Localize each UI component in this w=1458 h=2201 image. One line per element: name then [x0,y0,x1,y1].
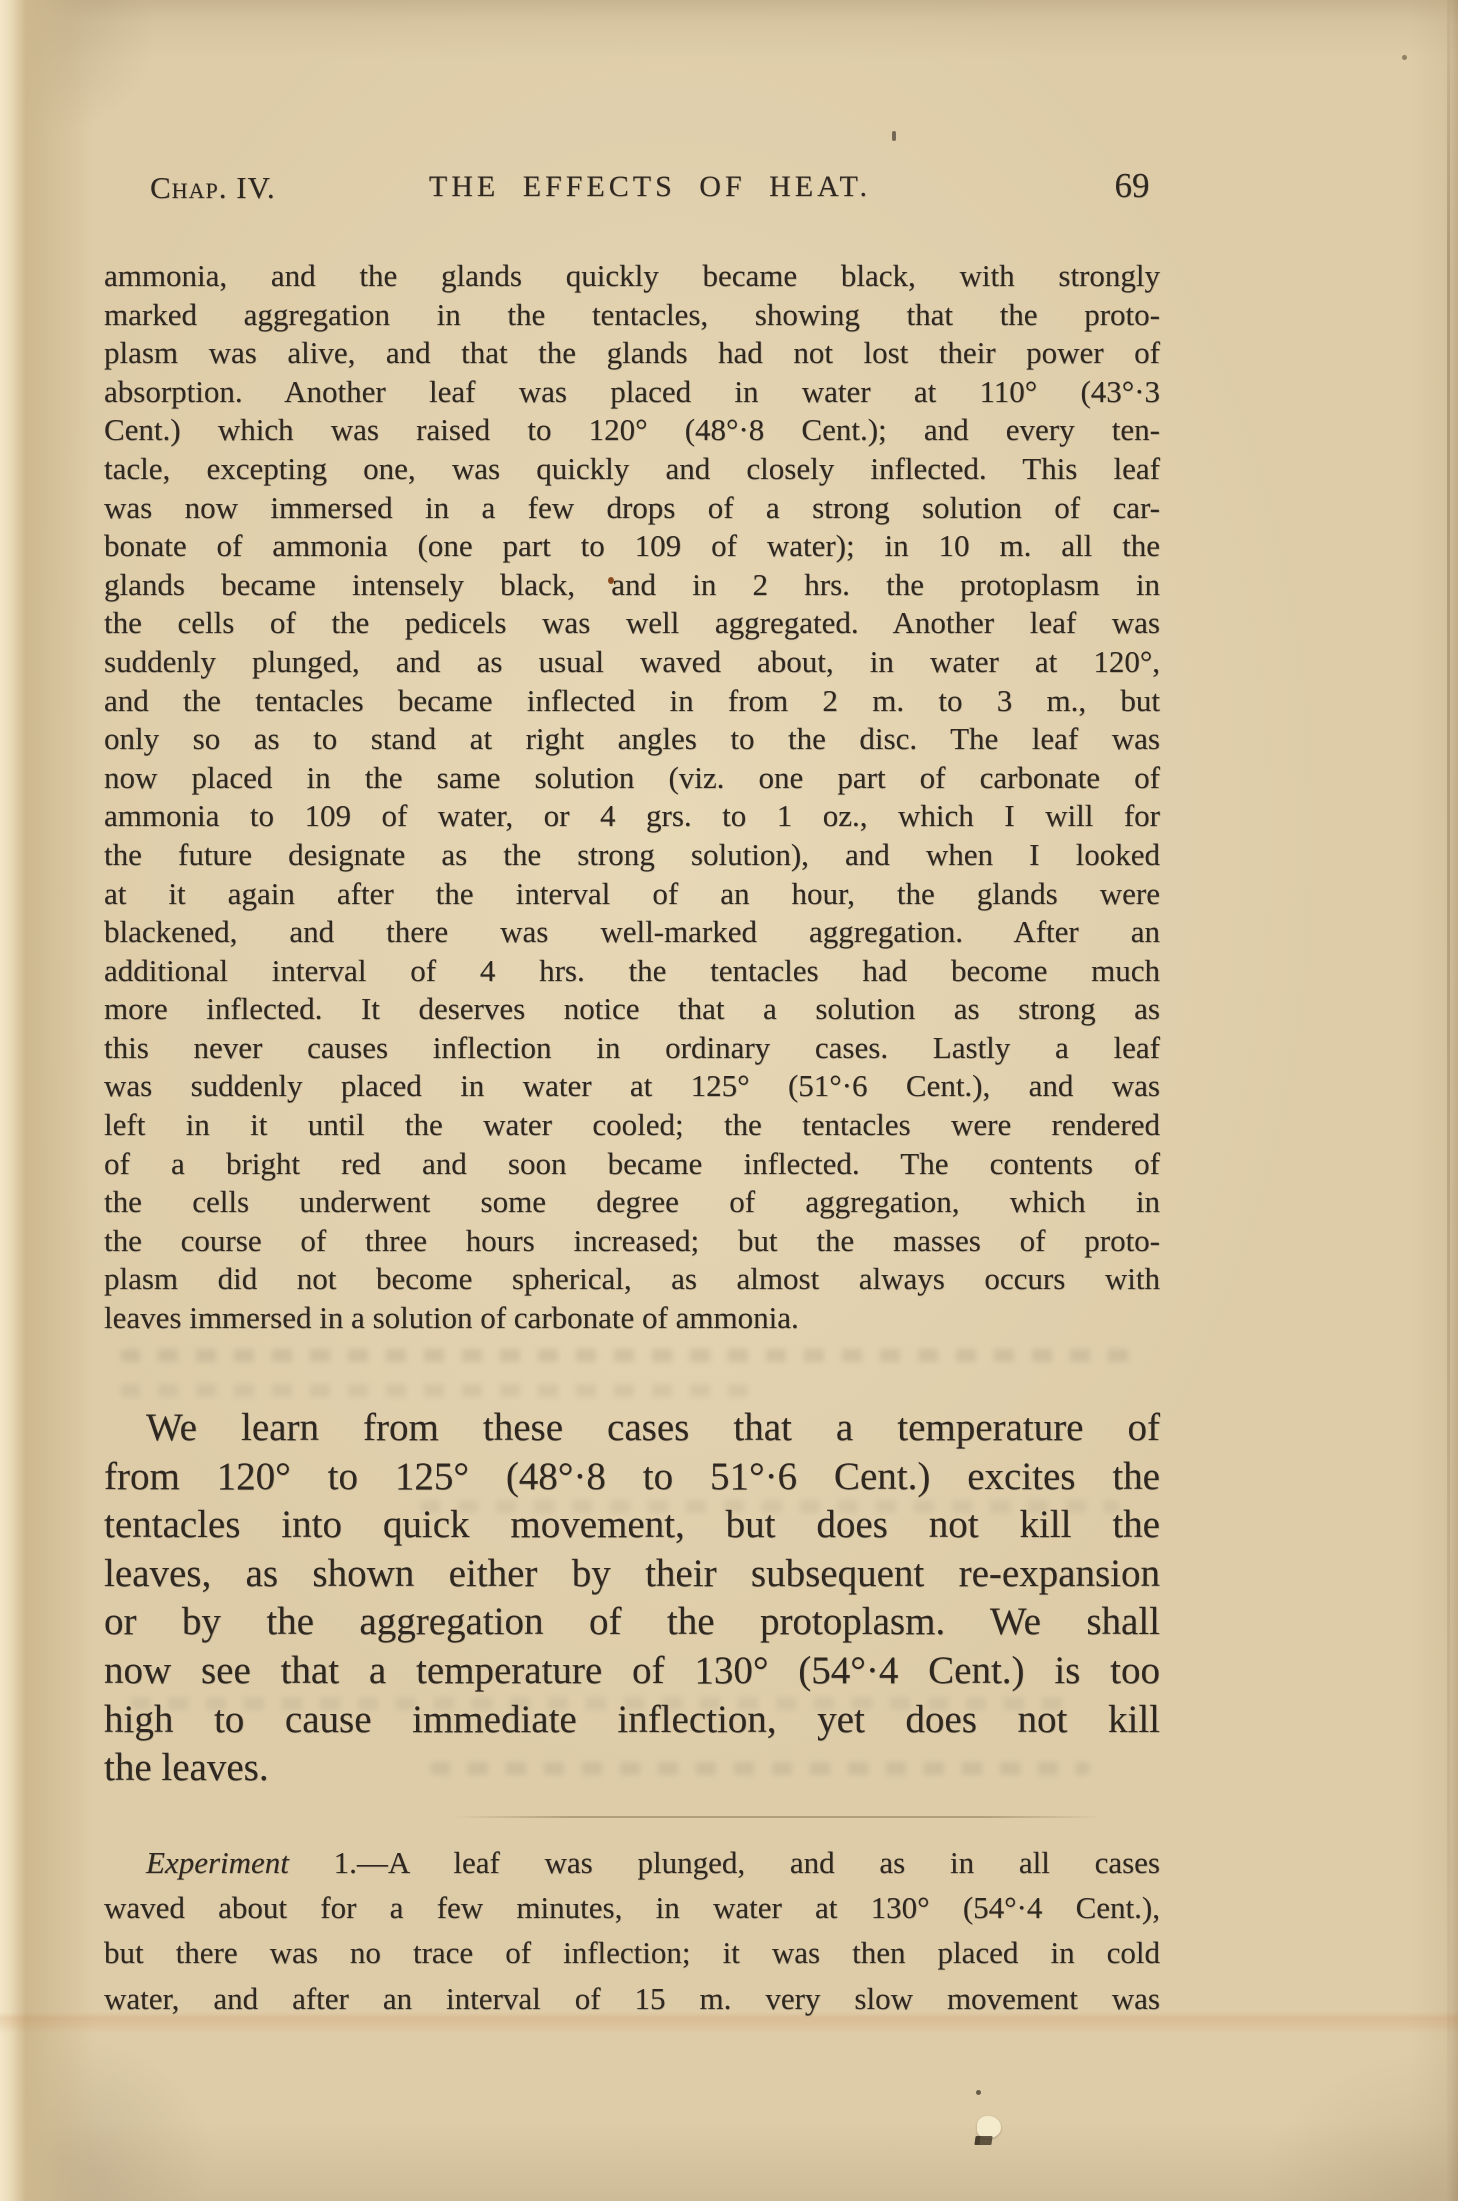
ink-speck [1402,55,1407,60]
text-line: leaves immersed in a solution of carbona… [104,1299,1160,1338]
text-line: Cent.) which was raised to 120° (48°·8 C… [104,411,1160,450]
text-line: now placed in the same solution (viz. on… [104,759,1160,798]
text-line: the future designate as the strong solut… [104,836,1160,875]
text-line: tentacles into quick movement, but does … [104,1501,1160,1550]
text-line: waved about for a few minutes, in water … [104,1885,1160,1930]
text-line: but there was no trace of inflection; it… [104,1930,1160,1975]
paper-chip-mark [974,2136,992,2145]
paragraph-experiment-1: Experiment 1.—A leaf was plunged, and as… [104,1840,1160,2021]
text-line: plasm was alive, and that the glands had… [104,334,1160,373]
text-line: additional interval of 4 hrs. the tentac… [104,952,1160,991]
page-number: 69 [1100,166,1164,206]
scanned-book-page: Chap. IV. THE EFFECTS OF HEAT. 69 ammoni… [0,0,1458,2201]
text-line: at it again after the interval of an hou… [104,875,1160,914]
text-line: plasm did not become spherical, as almos… [104,1260,1160,1299]
text-line: and the tentacles became inflected in fr… [104,682,1160,721]
text-line: ammonia to 109 of water, or 4 grs. to 1 … [104,797,1160,836]
text-line: left in it until the water cooled; the t… [104,1106,1160,1145]
text-line: now see that a temperature of 130° (54°·… [104,1647,1160,1696]
paragraph-main-text: We learn from these cases that a tempera… [104,1404,1160,1793]
text-line: the cells underwent some degree of aggre… [104,1183,1160,1222]
text-line: more inflected. It deserves notice that … [104,990,1160,1029]
text-line: tacle, excepting one, was quickly and cl… [104,450,1160,489]
section-divider-rule [452,1816,1102,1818]
text-line: glands became intensely black, and in 2 … [104,566,1160,605]
ink-speck [892,131,896,141]
paragraph-small-print-1: ammonia, and the glands quickly became b… [104,257,1160,1338]
text-line: suddenly plunged, and as usual waved abo… [104,643,1160,682]
page-edge-line [1447,0,1450,2201]
text-line: or by the aggregation of the protoplasm.… [104,1598,1160,1647]
text-line: the cells of the pedicels was well aggre… [104,604,1160,643]
text-line: Experiment 1.—A leaf was plunged, and as… [104,1840,1160,1885]
text-line: bonate of ammonia (one part to 109 of wa… [104,527,1160,566]
text-line: was suddenly placed in water at 125° (51… [104,1067,1160,1106]
text-line: was now immersed in a few drops of a str… [104,489,1160,528]
show-through-smudge [120,1349,1140,1362]
text-line: leaves, as shown either by their subsequ… [104,1550,1160,1599]
text-line: marked aggregation in the tentacles, sho… [104,296,1160,335]
paper-chip-artifact [977,2116,1001,2138]
text-line: from 120° to 125° (48°·8 to 51°·6 Cent.)… [104,1453,1160,1502]
text-line: of a bright red and soon became inflecte… [104,1145,1160,1184]
text-line: the course of three hours increased; but… [104,1222,1160,1261]
ink-speck [976,2090,981,2095]
show-through-smudge [120,1384,750,1397]
text-line: We learn from these cases that a tempera… [104,1404,1160,1453]
text-line: water, and after an interval of 15 m. ve… [104,1976,1160,2021]
running-title: THE EFFECTS OF HEAT. [104,170,1160,204]
text-line: blackened, and there was well-marked agg… [104,913,1160,952]
text-line: this never causes inflection in ordinary… [104,1029,1160,1068]
text-line: only so as to stand at right angles to t… [104,720,1160,759]
text-line: the leaves. [104,1744,1160,1793]
text-line: ammonia, and the glands quickly became b… [104,257,1160,296]
text-line: high to cause immediate inflection, yet … [104,1696,1160,1745]
ink-speck [608,577,614,584]
text-line: absorption. Another leaf was placed in w… [104,373,1160,412]
